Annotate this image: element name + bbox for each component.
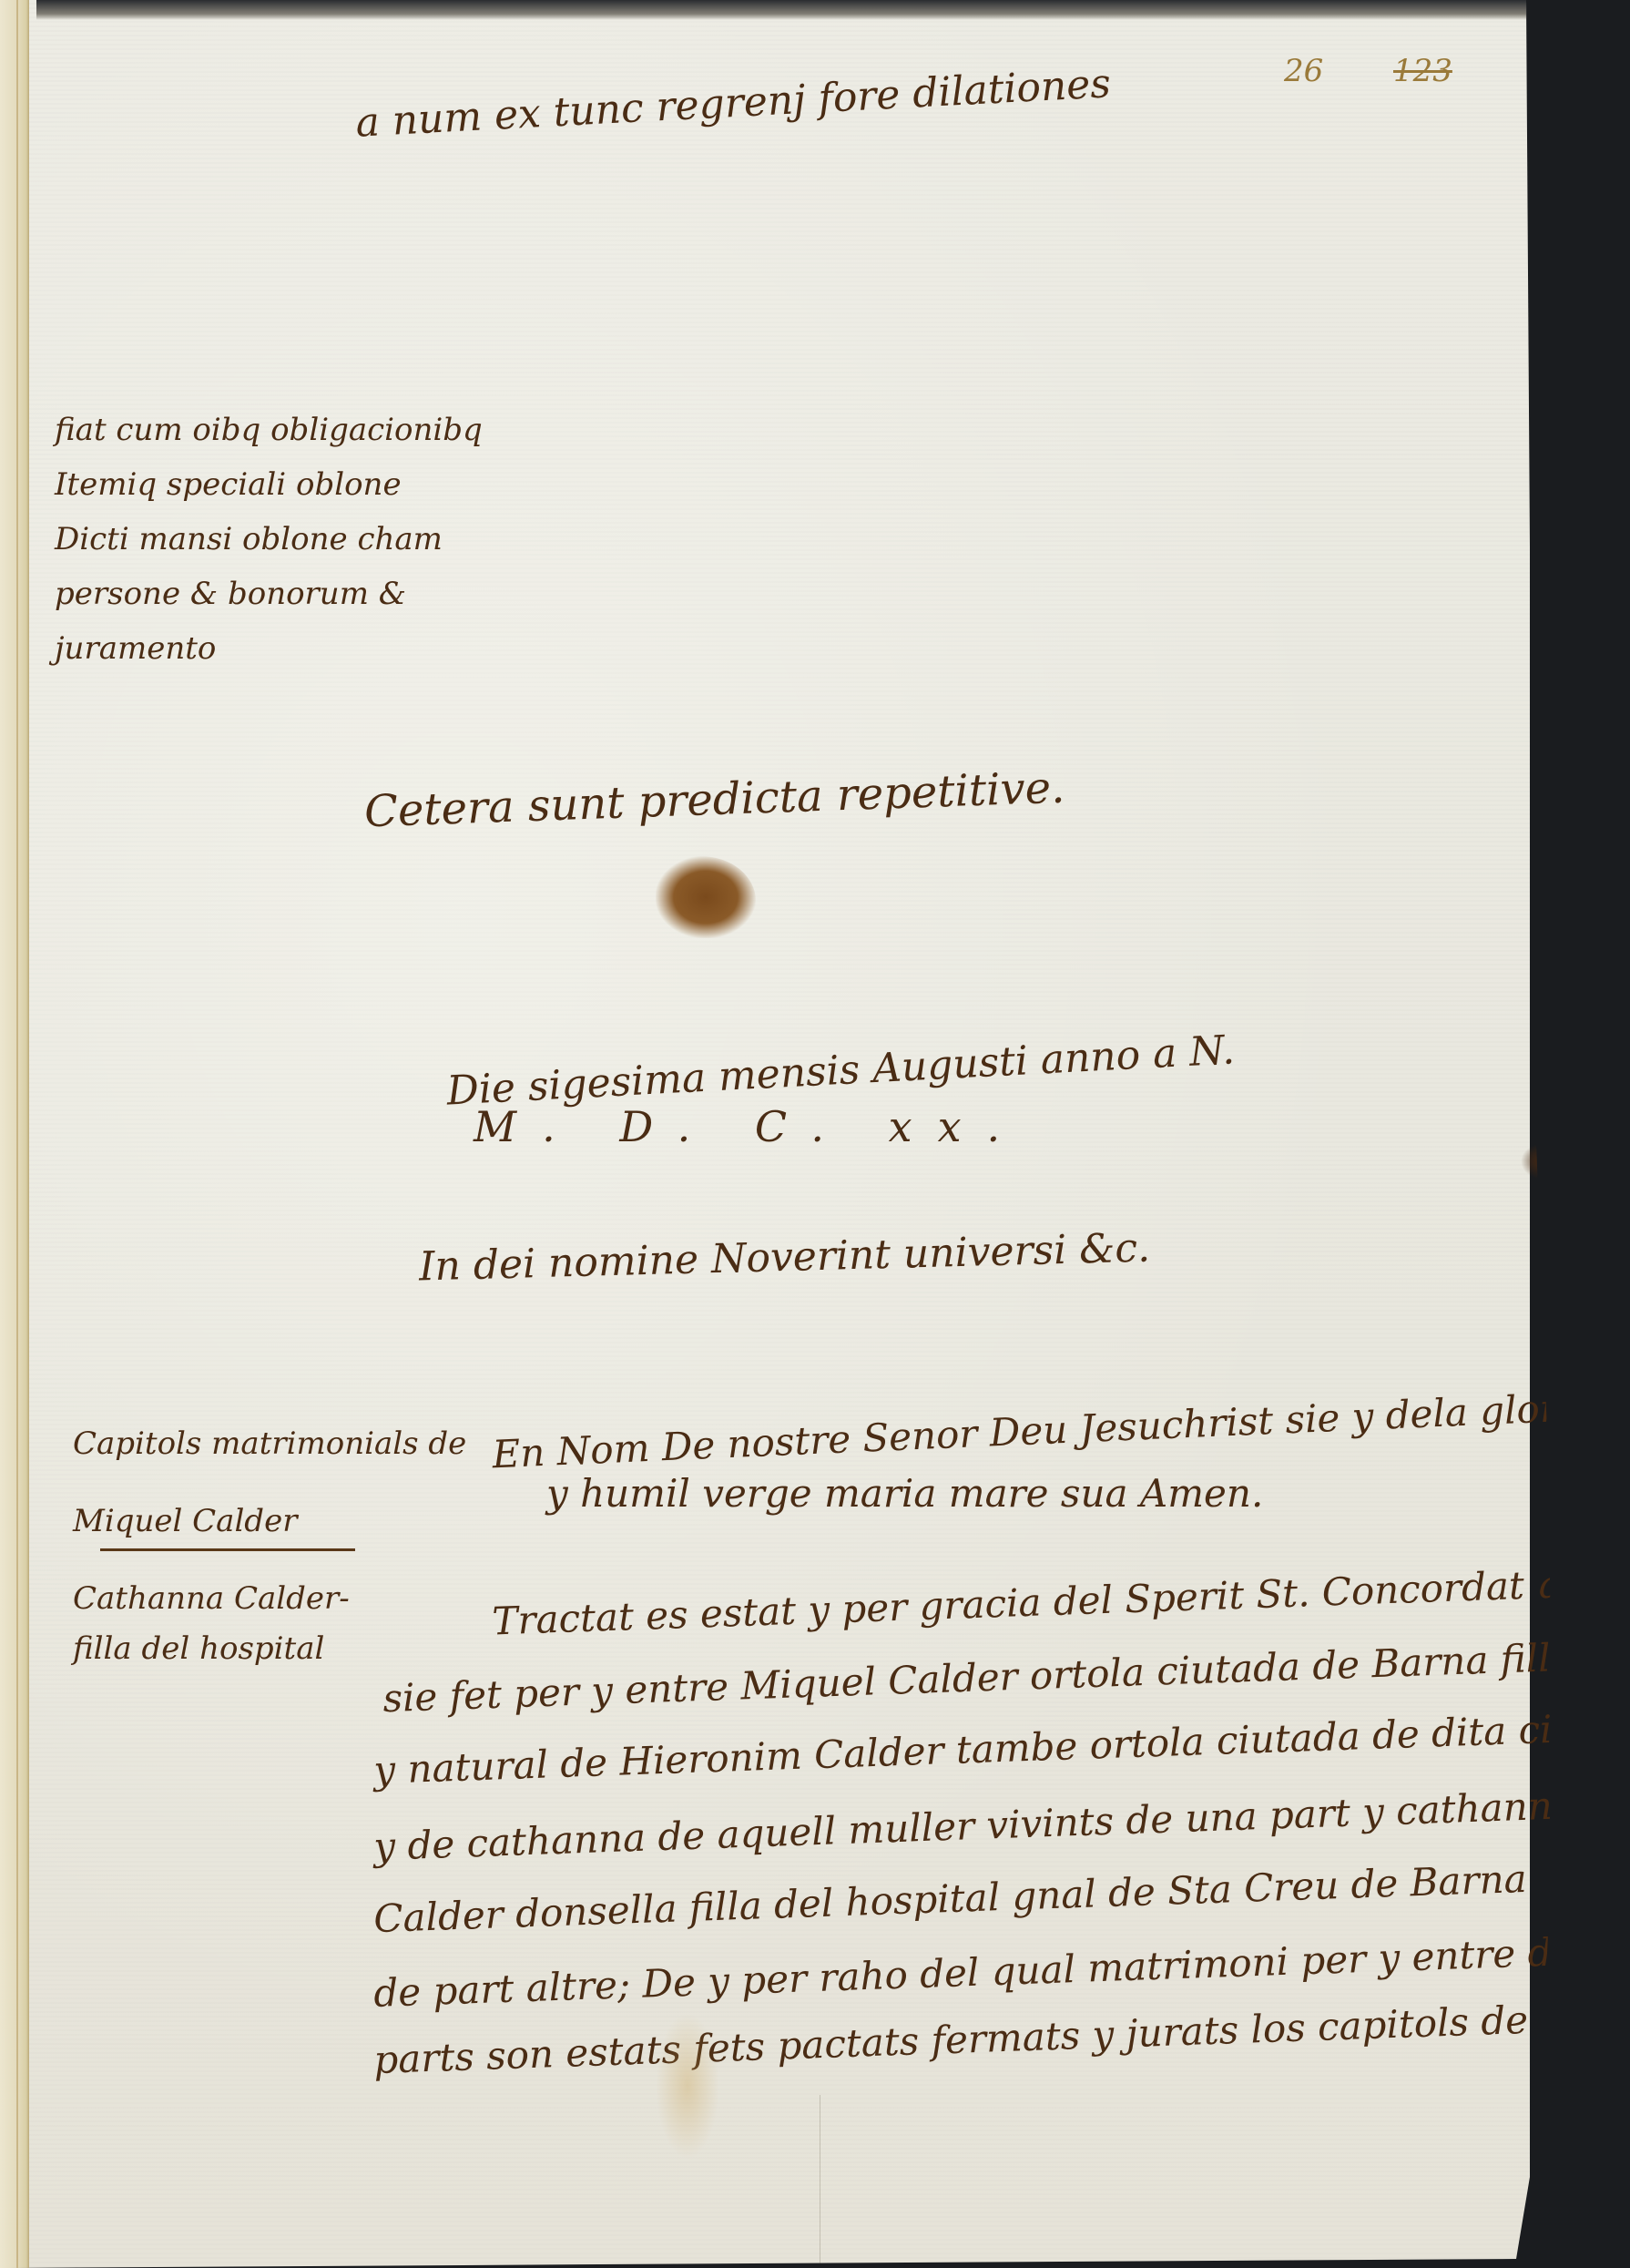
body-line: parts son estats fets pactats fermats y … bbox=[373, 1997, 1529, 2082]
body-line: y humil verge maria mare sua Amen. bbox=[546, 1471, 1263, 1516]
margin-note-line: persone & bonorum & bbox=[55, 565, 406, 623]
margin-bride-name: Cathanna Calder- bbox=[73, 1580, 350, 1617]
body-line: Calder donsella filla del hospital gnal … bbox=[373, 1856, 1528, 1941]
water-stain bbox=[656, 2013, 719, 2159]
name-underline bbox=[100, 1548, 355, 1551]
margin-note-line: juramento bbox=[55, 619, 216, 678]
body-line: sie fet per y entre Miquel Calder ortola… bbox=[382, 1630, 1630, 1721]
manuscript-page: a num ex tunc regrenj fore dilationes 26… bbox=[0, 0, 1530, 2268]
body-line: y de cathanna de aquell muller vivints d… bbox=[373, 1783, 1576, 1869]
body-line: Tractat es estat y per gracia del Sperit… bbox=[492, 1553, 1630, 1644]
date-year: M. D. C. xx. bbox=[474, 1102, 1025, 1151]
margin-groom-name: Miquel Calder bbox=[73, 1503, 297, 1539]
binding-gutter bbox=[0, 0, 29, 2268]
folio-number: 26 bbox=[1284, 53, 1323, 89]
top-edge-shadow bbox=[36, 0, 1530, 20]
body-line: y natural de Hieronim Calder tambe ortol… bbox=[373, 1704, 1630, 1793]
ink-spot bbox=[1521, 1143, 1566, 1180]
margin-note-line: Itemiq speciali oblone bbox=[55, 455, 402, 514]
folio-number-crossed: 123 bbox=[1393, 53, 1452, 89]
margin-bride-desc: filla del hospital bbox=[73, 1630, 324, 1667]
margin-note-line: fiat cum oibq obligacionibq bbox=[55, 401, 483, 459]
margin-note-line: Dicti mansi oblone cham bbox=[55, 510, 443, 568]
fold-line bbox=[820, 2095, 820, 2268]
ink-blot bbox=[656, 856, 756, 938]
section-heading: Cetera sunt predicta repetitive. bbox=[363, 762, 1065, 838]
header-line: a num ex tunc regrenj fore dilationes bbox=[354, 60, 1112, 146]
invocation: In dei nomine Noverint universi &c. bbox=[418, 1224, 1150, 1290]
body-line: En Nom De nostre Senor Deu Jesuchrist si… bbox=[492, 1383, 1630, 1477]
margin-title: Capitols matrimonials de bbox=[73, 1425, 466, 1462]
gutter-line bbox=[16, 0, 18, 2268]
